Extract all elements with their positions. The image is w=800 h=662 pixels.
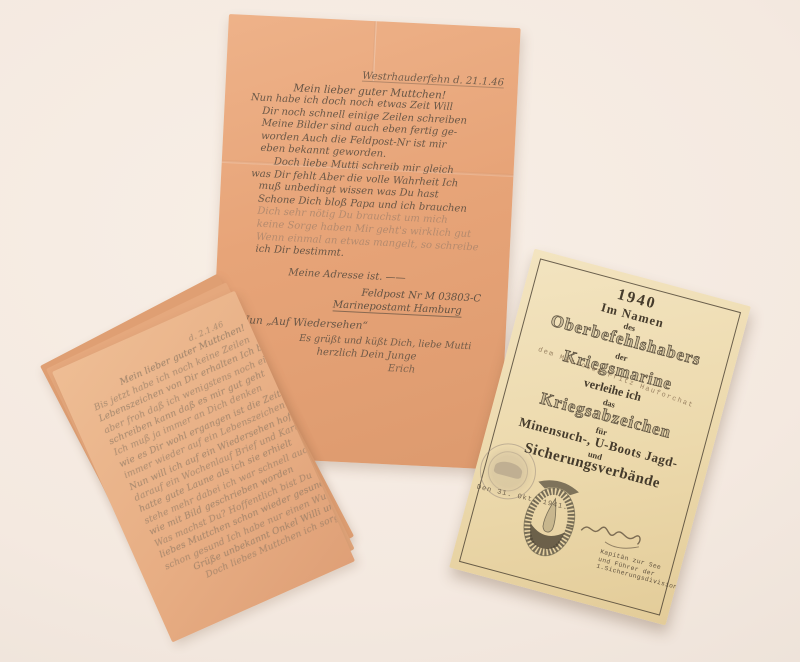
letter-body: Nun habe ich doch noch etwas Zeit Will D… [217, 91, 517, 269]
photo-backdrop: Westrhauderfehn d. 21.1.46 Mein lieber g… [0, 0, 800, 662]
